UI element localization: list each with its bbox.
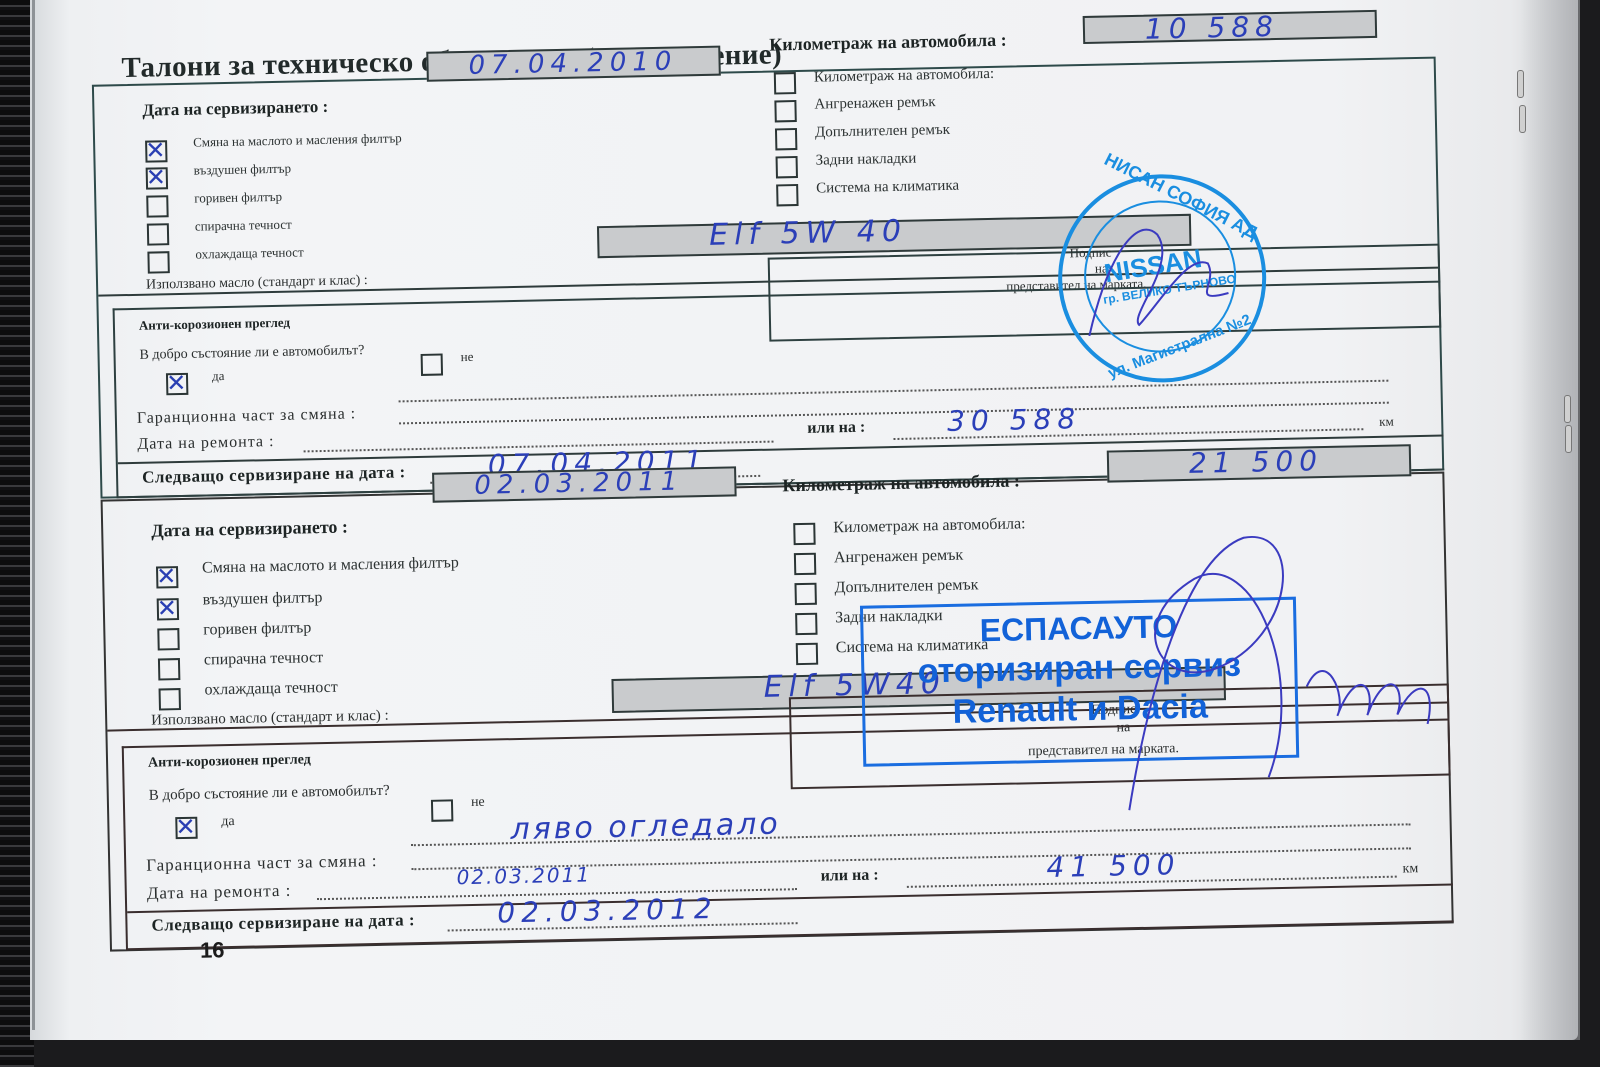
checkbox-mileage[interactable] <box>793 523 815 545</box>
checkbox-no[interactable] <box>431 799 453 821</box>
service-coupons-form: Талони за техническо обслужване (продълж… <box>80 0 1500 955</box>
page-shadow <box>1520 0 1580 1040</box>
checkbox-air-conditioning[interactable] <box>776 184 798 206</box>
checkbox-brake-fluid[interactable] <box>147 223 169 245</box>
checkbox-air-filter[interactable] <box>146 167 168 189</box>
mileage-label: Километраж на автомобила : <box>769 30 1007 56</box>
service-date-label: Дата на сервизирането : <box>142 97 328 121</box>
staple <box>1565 425 1572 453</box>
service-record-2: Дата на сервизирането : 02.03.2011 Килом… <box>101 472 1454 952</box>
service-date-field[interactable]: 02.03.2011 <box>432 466 737 502</box>
checklist-item: Допълнителен ремък <box>834 576 978 597</box>
checklist-item: въздушен филтър <box>194 161 292 179</box>
service-date-label: Дата на сервизирането : <box>151 517 348 542</box>
warranty-part-value: ляво огледало <box>510 807 781 848</box>
repair-date-value: 02.03.2011 <box>456 862 591 889</box>
checklist-item: Задни накладки <box>815 151 916 170</box>
checklist-item: Километраж на автомобила: <box>814 66 995 87</box>
checkbox-mileage[interactable] <box>774 72 796 94</box>
checkbox-yes[interactable] <box>166 373 188 395</box>
checkbox-oil-change[interactable] <box>156 566 178 588</box>
checklist-item: въздушен филтър <box>203 589 323 610</box>
next-service-km: 41 500 <box>1046 848 1181 884</box>
checklist-item: Смяна на маслото и масления филтър <box>202 554 459 577</box>
next-service-date: 02.03.2012 <box>497 892 718 930</box>
staple <box>1517 70 1524 98</box>
checkbox-no[interactable] <box>421 353 443 375</box>
mileage-label: Километраж на автомобила : <box>782 470 1020 496</box>
mileage-field[interactable]: 21 500 <box>1107 444 1412 482</box>
checkbox-oil-change[interactable] <box>145 140 167 162</box>
signature-2 <box>1003 514 1449 823</box>
staple <box>1519 105 1526 133</box>
checklist-item: охлаждаща течност <box>195 244 304 262</box>
page-number: 16 <box>200 937 225 964</box>
service-date-field[interactable]: 07.04.2010 <box>426 46 721 82</box>
checklist-item: Километраж на автомобила: <box>833 515 1026 537</box>
signature-1 <box>1066 193 1249 357</box>
checklist-item: горивен филтър <box>203 619 311 639</box>
checkbox-brake-fluid[interactable] <box>158 658 180 680</box>
checkbox-coolant[interactable] <box>159 688 181 710</box>
checkbox-yes[interactable] <box>175 817 197 839</box>
checklist-item: охлаждаща течност <box>204 679 338 700</box>
checkbox-aux-belt[interactable] <box>775 128 797 150</box>
checkbox-rear-pads[interactable] <box>795 613 817 635</box>
checkbox-aux-belt[interactable] <box>794 583 816 605</box>
checklist-item: Ангренажен ремък <box>834 547 964 568</box>
checkbox-fuel-filter[interactable] <box>146 195 168 217</box>
checklist-item: спирачна течност <box>204 649 324 669</box>
checklist-item: Допълнителен ремък <box>815 122 950 142</box>
checklist-item: Смяна на маслото и масления филтър <box>193 130 402 150</box>
checkbox-air-conditioning[interactable] <box>796 643 818 665</box>
checklist-item: спирачна течност <box>195 217 292 235</box>
checklist-item: горивен филтър <box>194 189 282 207</box>
next-service-km: 30 588 <box>947 402 1082 438</box>
checklist-item: Ангренажен ремък <box>814 94 935 114</box>
binder-spiral <box>0 0 34 1067</box>
checkbox-air-filter[interactable] <box>157 598 179 620</box>
checklist-item: Система на климатика <box>816 178 959 198</box>
mileage-field[interactable]: 10 588 <box>1083 10 1378 44</box>
checkbox-fuel-filter[interactable] <box>157 628 179 650</box>
checkbox-timing-belt[interactable] <box>794 553 816 575</box>
checkbox-coolant[interactable] <box>147 251 169 273</box>
page-edge <box>32 0 35 1030</box>
service-record-1: Дата на сервизирането : 07.04.2010 Килом… <box>92 57 1444 499</box>
checkbox-timing-belt[interactable] <box>774 100 796 122</box>
warranty-part-field[interactable] <box>399 402 1389 425</box>
checkbox-rear-pads[interactable] <box>776 156 798 178</box>
staple <box>1564 395 1571 423</box>
